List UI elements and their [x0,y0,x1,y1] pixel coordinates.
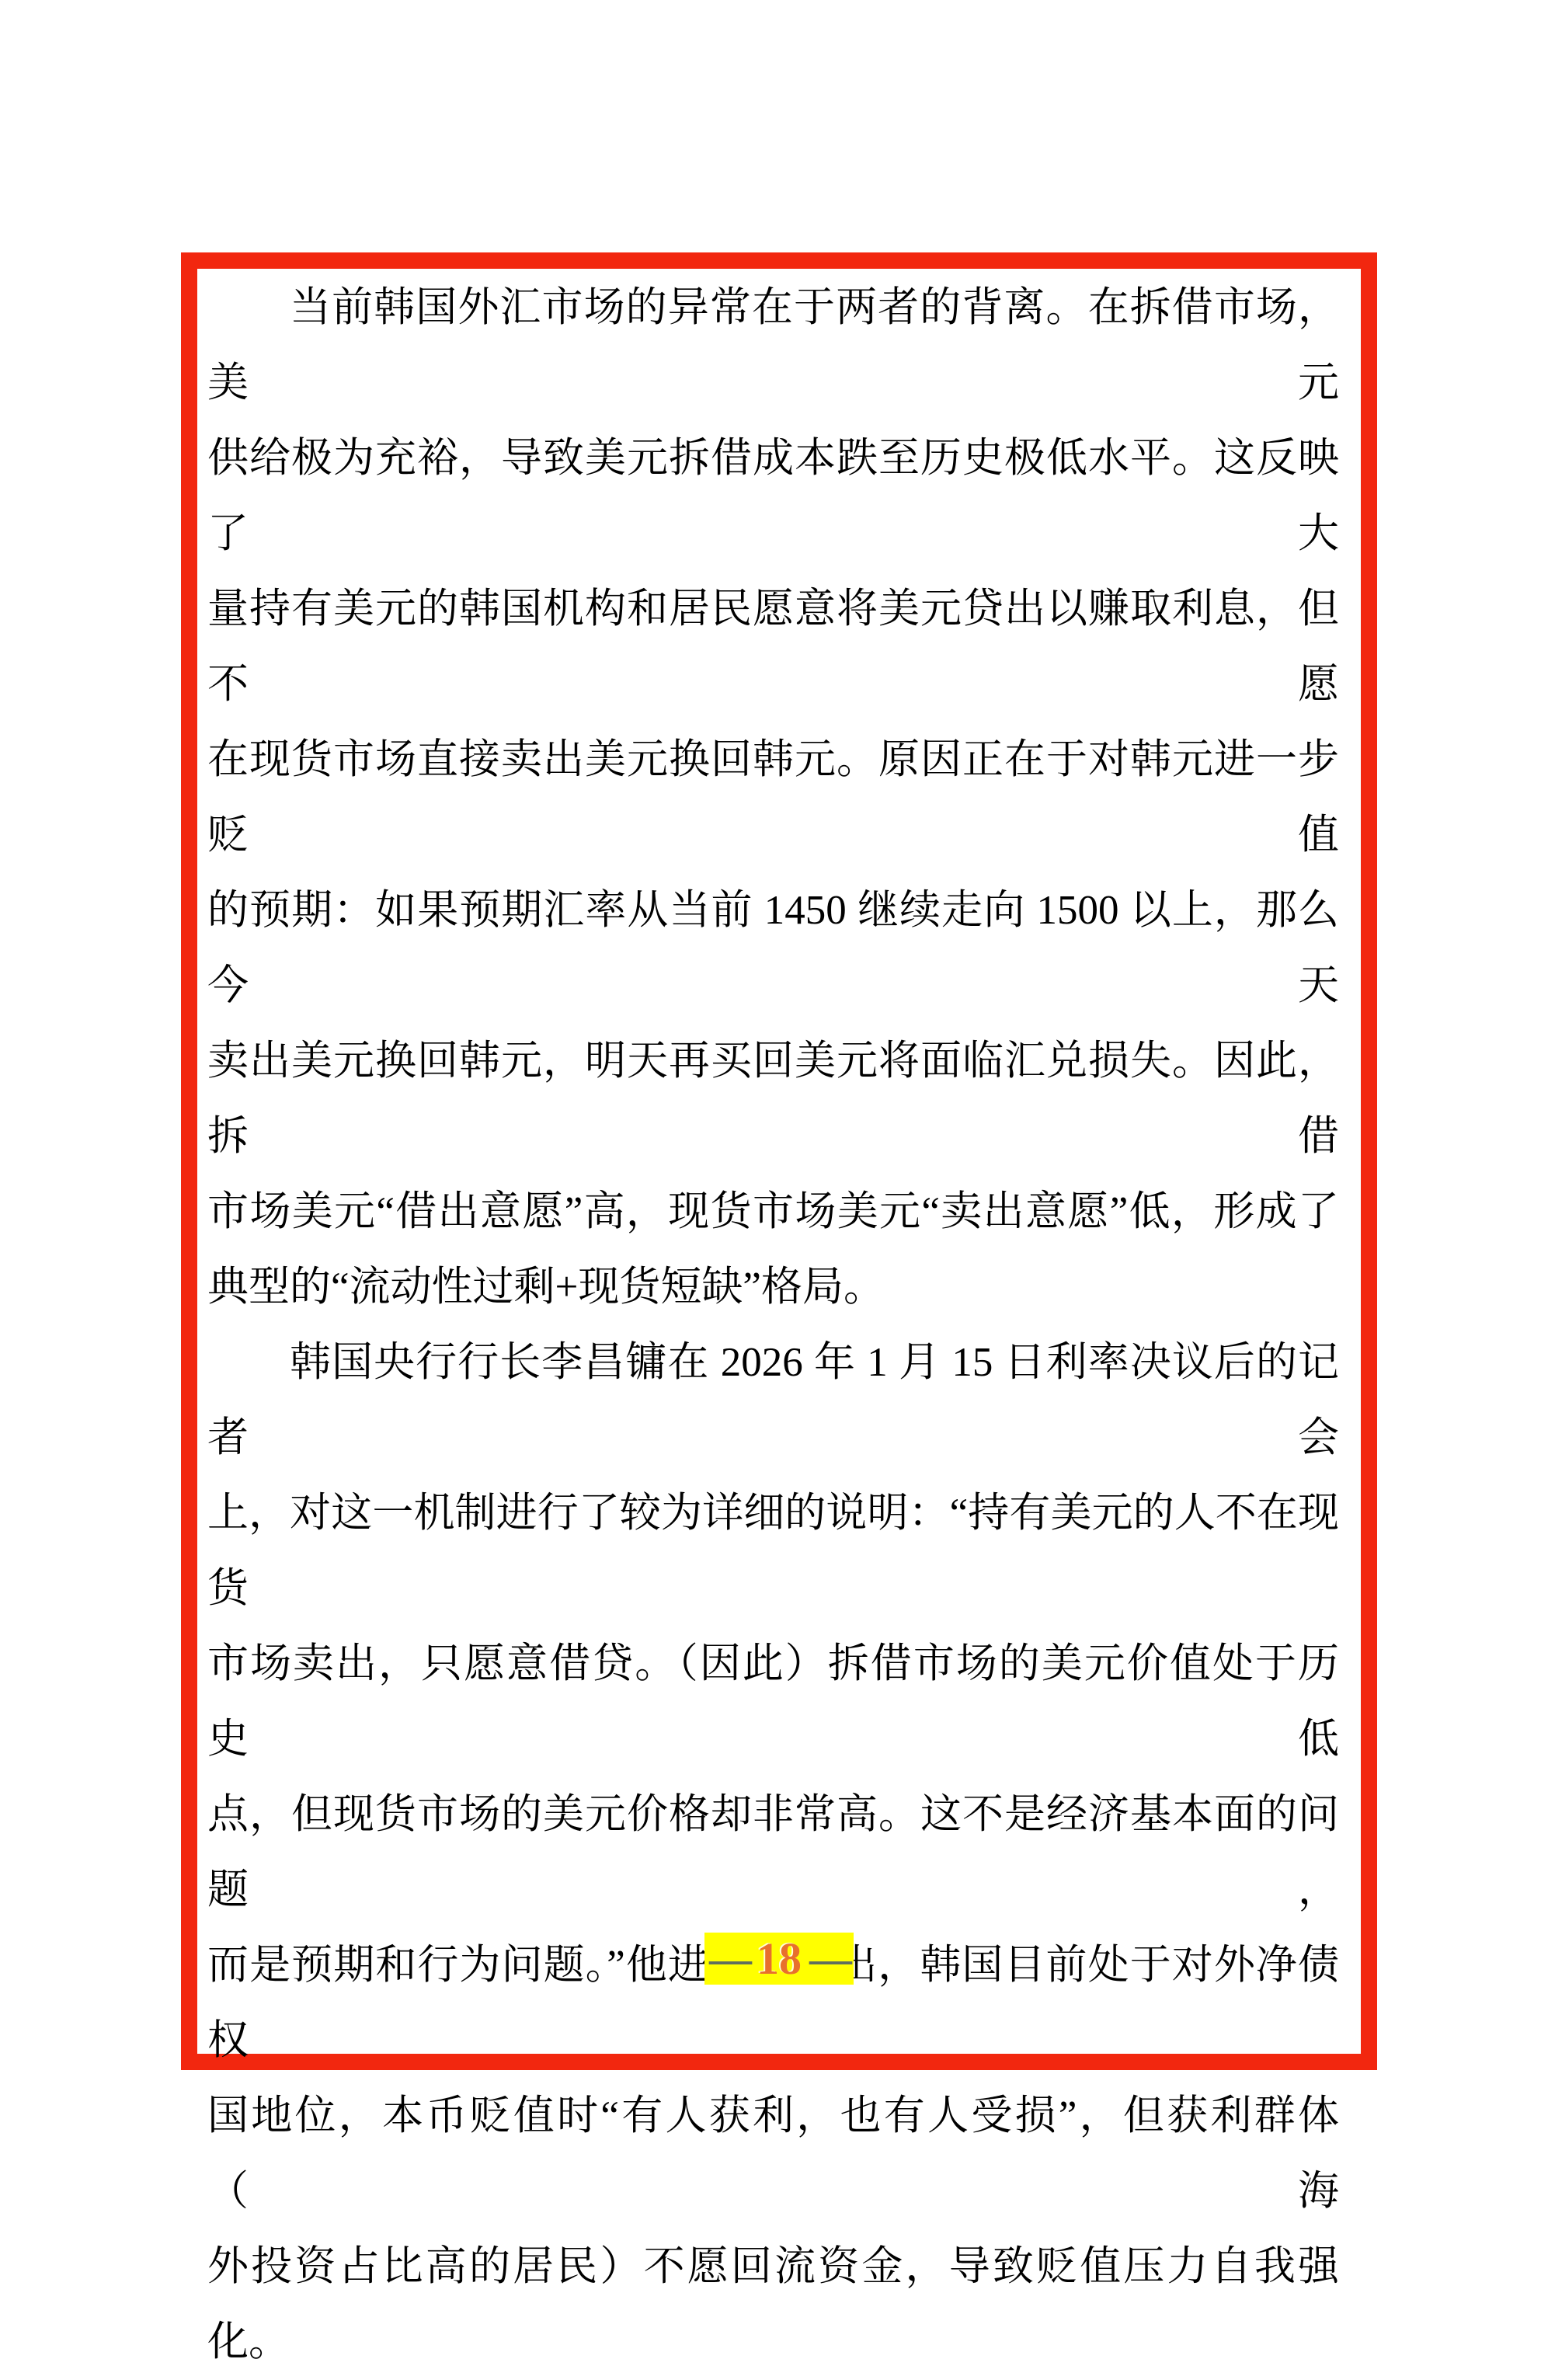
text-line: 在现货市场直接卖出美元换回韩元。原因正在于对韩元进一步贬值 [207,722,1339,873]
document-border: 当前韩国外汇市场的异常在于两者的背离。在拆借市场，美元供给极为充裕，导致美元拆借… [181,252,1377,2070]
text-line: 的预期：如果预期汇率从当前 1450 继续走向 1500 以上，那么今天 [207,873,1339,1024]
text-line: 市场卖出，只愿意借贷。（因此）拆借市场的美元价值处于历史低 [207,1627,1339,1777]
text-line: 量持有美元的韩国机构和居民愿意将美元贷出以赚取利息，但不愿 [207,572,1339,722]
text-line: 供给极为充裕，导致美元拆借成本跌至历史极低水平。这反映了大 [207,421,1339,572]
text-line: 当前韩国外汇市场的异常在于两者的背离。在拆借市场，美元 [207,270,1339,421]
text-line: 点，但现货市场的美元价格却非常高。这不是经济基本面的问题， [207,1777,1339,1928]
text-line: 市场美元“借出意愿”高，现货市场美元“卖出意愿”低，形成了 [207,1174,1339,1250]
footer-dash-left: — [709,1937,749,1980]
page-background: { "colors": { "border_red": "#f2270f", "… [0,0,1541,2180]
text-line: 外投资占比高的居民）不愿回流资金，导致贬值压力自我强化。 [207,2229,1339,2380]
text-line: 典型的“流动性过剩+现货短缺”格局。 [207,1250,1339,1325]
page-number: 18 [757,1936,802,1982]
page-number-footer: — 18 — [704,1933,854,1985]
text-line: 卖出美元换回韩元，明天再买回美元将面临汇兑损失。因此，拆借 [207,1024,1339,1174]
text-line: 国地位，本币贬值时“有人获利，也有人受损”，但获利群体（海 [207,2079,1339,2229]
text-line: 上，对这一机制进行了较为详细的说明：“持有美元的人不在现货 [207,1476,1339,1627]
text-line: 韩国央行行长李昌镛在 2026 年 1 月 15 日利率决议后的记者会 [207,1325,1339,1476]
document-body: 当前韩国外汇市场的异常在于两者的背离。在拆借市场，美元供给极为充裕，导致美元拆借… [207,270,1339,2380]
footer-dash-right: — [809,1937,849,1980]
